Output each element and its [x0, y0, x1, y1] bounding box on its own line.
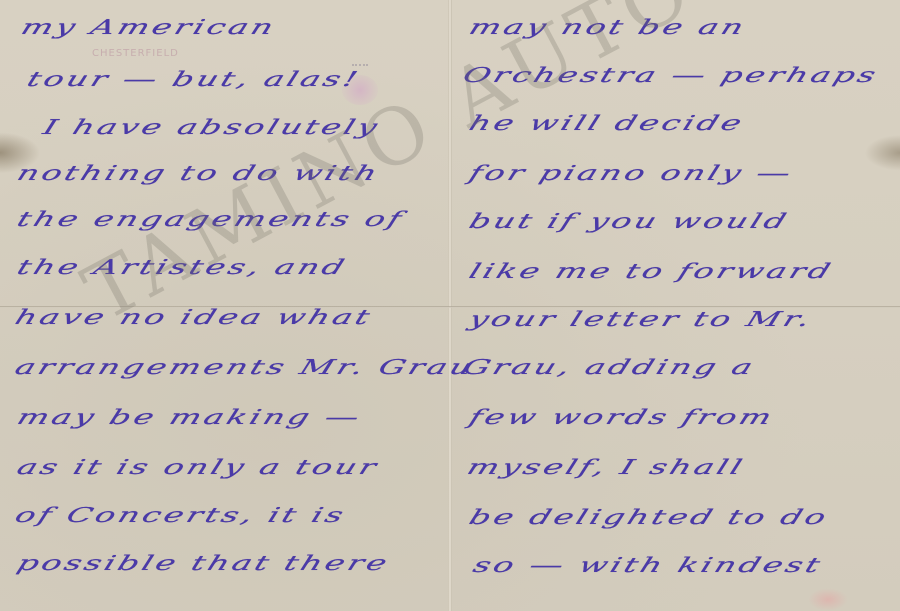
handwritten-line: he will decide	[466, 111, 748, 135]
handwritten-line: Grau, adding a	[460, 355, 759, 379]
handwritten-line: of Concerts, it is	[12, 503, 350, 527]
handwritten-line: as it is only a tour	[14, 455, 382, 479]
left-page: my American tour — but, alas! I have abs…	[0, 0, 448, 611]
handwritten-line: few words from	[466, 405, 778, 429]
handwritten-line: the engagements of	[14, 207, 407, 231]
letter-scan: CHESTERFIELD my American tour — but, ala…	[0, 0, 900, 611]
handwritten-line: be delighted to do	[466, 505, 832, 529]
right-page: may not be an Orchestra — perhaps he wil…	[452, 0, 900, 611]
handwritten-line: Orchestra — perhaps	[460, 63, 882, 87]
handwritten-line: but if you would	[466, 209, 793, 233]
handwritten-line: your letter to Mr.	[466, 307, 816, 331]
handwritten-line: have no idea what	[12, 305, 376, 329]
handwritten-line: tour — but, alas!	[24, 67, 364, 91]
handwritten-line: I have absolutely	[40, 115, 383, 139]
handwritten-line: myself, I shall	[464, 455, 748, 479]
handwritten-line: like me to forward	[466, 259, 837, 283]
handwritten-line: possible that there	[14, 551, 393, 575]
handwritten-line: nothing to do with	[14, 161, 383, 185]
handwritten-line: for piano only —	[466, 161, 797, 185]
handwritten-line: may be making —	[14, 405, 365, 429]
handwritten-line: may not be an	[466, 15, 750, 39]
handwritten-line: the Artistes, and	[14, 255, 351, 279]
handwritten-line: so — with kindest	[470, 553, 826, 577]
handwritten-line: arrangements Mr. Grau	[12, 355, 478, 379]
handwritten-line: my American	[18, 15, 280, 39]
